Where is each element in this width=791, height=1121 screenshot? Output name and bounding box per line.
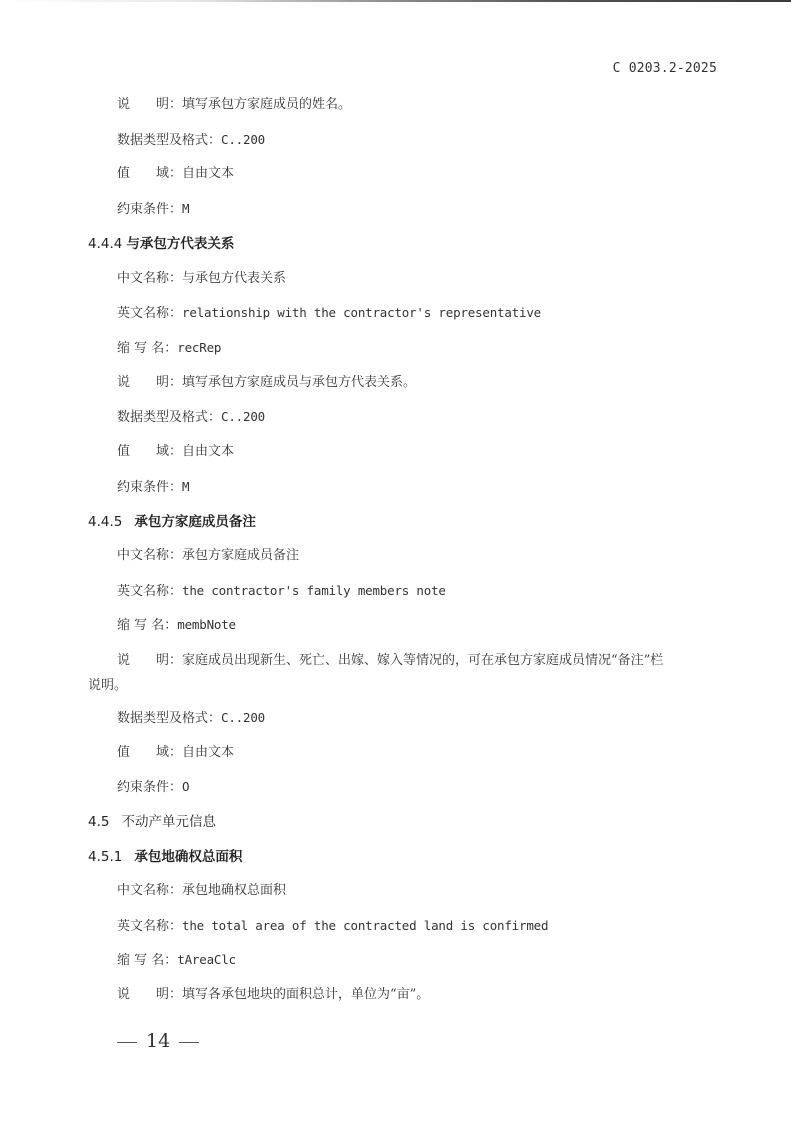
- field-value: membNote: [177, 617, 236, 632]
- field-value: 自由文本: [182, 166, 234, 181]
- field-label: 值 域：: [117, 444, 182, 459]
- description-row: 说 明：填写各承包地块的面积总计，单位为“亩”。: [117, 986, 429, 1004]
- data-type-row: 数据类型及格式：C..200: [117, 408, 265, 427]
- field-label: 英文名称：: [117, 306, 182, 321]
- value-domain-row: 值 域：自由文本: [117, 744, 234, 762]
- abbr-row: 缩 写 名：membNote: [117, 616, 236, 635]
- field-value: C..200: [221, 132, 265, 147]
- section-number: 4.4.5: [88, 514, 122, 530]
- field-label: 说 明：: [117, 97, 182, 112]
- document-code: C 0203.2-2025: [613, 61, 717, 76]
- field-label: 约束条件：: [117, 780, 182, 795]
- description-row: 说 明：填写承包方家庭成员与承包方代表关系。: [117, 374, 416, 392]
- prev-data-type-row: 数据类型及格式：C..200: [117, 131, 265, 150]
- field-label: 约束条件：: [117, 202, 182, 217]
- field-value: 与承包方代表关系: [182, 271, 286, 286]
- field-label: 数据类型及格式：: [117, 133, 221, 148]
- section-heading-4-4-4: 4.4.4与承包方代表关系: [88, 235, 234, 253]
- field-label: 缩 写 名：: [117, 341, 177, 356]
- field-label: 数据类型及格式：: [117, 711, 221, 726]
- field-label: 中文名称：: [117, 883, 182, 898]
- field-label: 英文名称：: [117, 919, 182, 934]
- description-continuation: 说明。: [88, 677, 127, 695]
- field-value: the total area of the contracted land is…: [182, 918, 548, 933]
- field-value: 承包方家庭成员备注: [182, 548, 299, 563]
- field-value: 家庭成员出现新生、死亡、出嫁、嫁入等情况的，可在承包方家庭成员情况“备注”栏: [182, 653, 663, 668]
- field-label: 说 明：: [117, 653, 182, 668]
- field-value: 填写各承包地块的面积总计，单位为“亩”。: [182, 987, 429, 1002]
- en-name-row: 英文名称：relationship with the contractor's …: [117, 304, 541, 323]
- prev-description-row: 说 明：填写承包方家庭成员的姓名。: [117, 96, 351, 114]
- field-label: 说 明：: [117, 375, 182, 390]
- data-type-row: 数据类型及格式：C..200: [117, 709, 265, 728]
- field-label: 值 域：: [117, 166, 182, 181]
- field-label: 中文名称：: [117, 271, 182, 286]
- section-number: 4.5: [88, 814, 109, 830]
- constraint-row: 约束条件：M: [117, 478, 189, 497]
- field-value: tAreaClc: [177, 952, 236, 967]
- field-value: 自由文本: [182, 745, 234, 760]
- field-value: 承包地确权总面积: [182, 883, 286, 898]
- field-label: 数据类型及格式：: [117, 410, 221, 425]
- page-number: 14: [146, 1030, 170, 1052]
- field-label: 缩 写 名：: [117, 618, 177, 633]
- section-number: 4.5.1: [88, 849, 122, 865]
- abbr-row: 缩 写 名：recRep: [117, 339, 221, 358]
- section-title: 与承包方代表关系: [126, 236, 234, 252]
- description-row: 说 明：家庭成员出现新生、死亡、出嫁、嫁入等情况的，可在承包方家庭成员情况“备注…: [117, 652, 663, 670]
- value-domain-row: 值 域：自由文本: [117, 443, 234, 461]
- section-number: 4.4.4: [88, 236, 122, 252]
- field-value: the contractor's family members note: [182, 583, 446, 598]
- field-label: 说 明：: [117, 987, 182, 1002]
- field-label: 缩 写 名：: [117, 953, 177, 968]
- field-label: 约束条件：: [117, 480, 182, 495]
- scan-top-edge: [0, 0, 791, 2]
- field-label: 中文名称：: [117, 548, 182, 563]
- field-value: recRep: [177, 340, 221, 355]
- cn-name-row: 中文名称：承包地确权总面积: [117, 882, 286, 900]
- section-heading-4-4-5: 4.4.5承包方家庭成员备注: [88, 513, 256, 531]
- dash-right: [179, 1042, 199, 1043]
- section-title: 承包地确权总面积: [134, 849, 242, 865]
- section-heading-4-5: 4.5不动产单元信息: [88, 813, 216, 831]
- field-value: 填写承包方家庭成员的姓名。: [182, 97, 351, 112]
- field-value: relationship with the contractor's repre…: [182, 305, 541, 320]
- prev-value-domain-row: 值 域：自由文本: [117, 165, 234, 183]
- field-value: M: [182, 479, 189, 494]
- field-value: O: [182, 779, 189, 794]
- page-footer: 14: [117, 1030, 199, 1052]
- cn-name-row: 中文名称：与承包方代表关系: [117, 270, 286, 288]
- field-value: 填写承包方家庭成员与承包方代表关系。: [182, 375, 416, 390]
- section-title: 承包方家庭成员备注: [134, 514, 256, 530]
- section-title: 不动产单元信息: [121, 814, 216, 830]
- dash-left: [117, 1042, 137, 1043]
- prev-constraint-row: 约束条件：M: [117, 200, 189, 219]
- abbr-row: 缩 写 名：tAreaClc: [117, 951, 236, 970]
- en-name-row: 英文名称：the contractor's family members not…: [117, 582, 446, 601]
- field-value: 自由文本: [182, 444, 234, 459]
- en-name-row: 英文名称：the total area of the contracted la…: [117, 917, 548, 936]
- field-value: C..200: [221, 409, 265, 424]
- field-label: 英文名称：: [117, 584, 182, 599]
- field-value: M: [182, 201, 189, 216]
- section-heading-4-5-1: 4.5.1承包地确权总面积: [88, 848, 242, 866]
- constraint-row: 约束条件：O: [117, 778, 189, 797]
- field-value: C..200: [221, 710, 265, 725]
- cn-name-row: 中文名称：承包方家庭成员备注: [117, 547, 299, 565]
- field-label: 值 域：: [117, 745, 182, 760]
